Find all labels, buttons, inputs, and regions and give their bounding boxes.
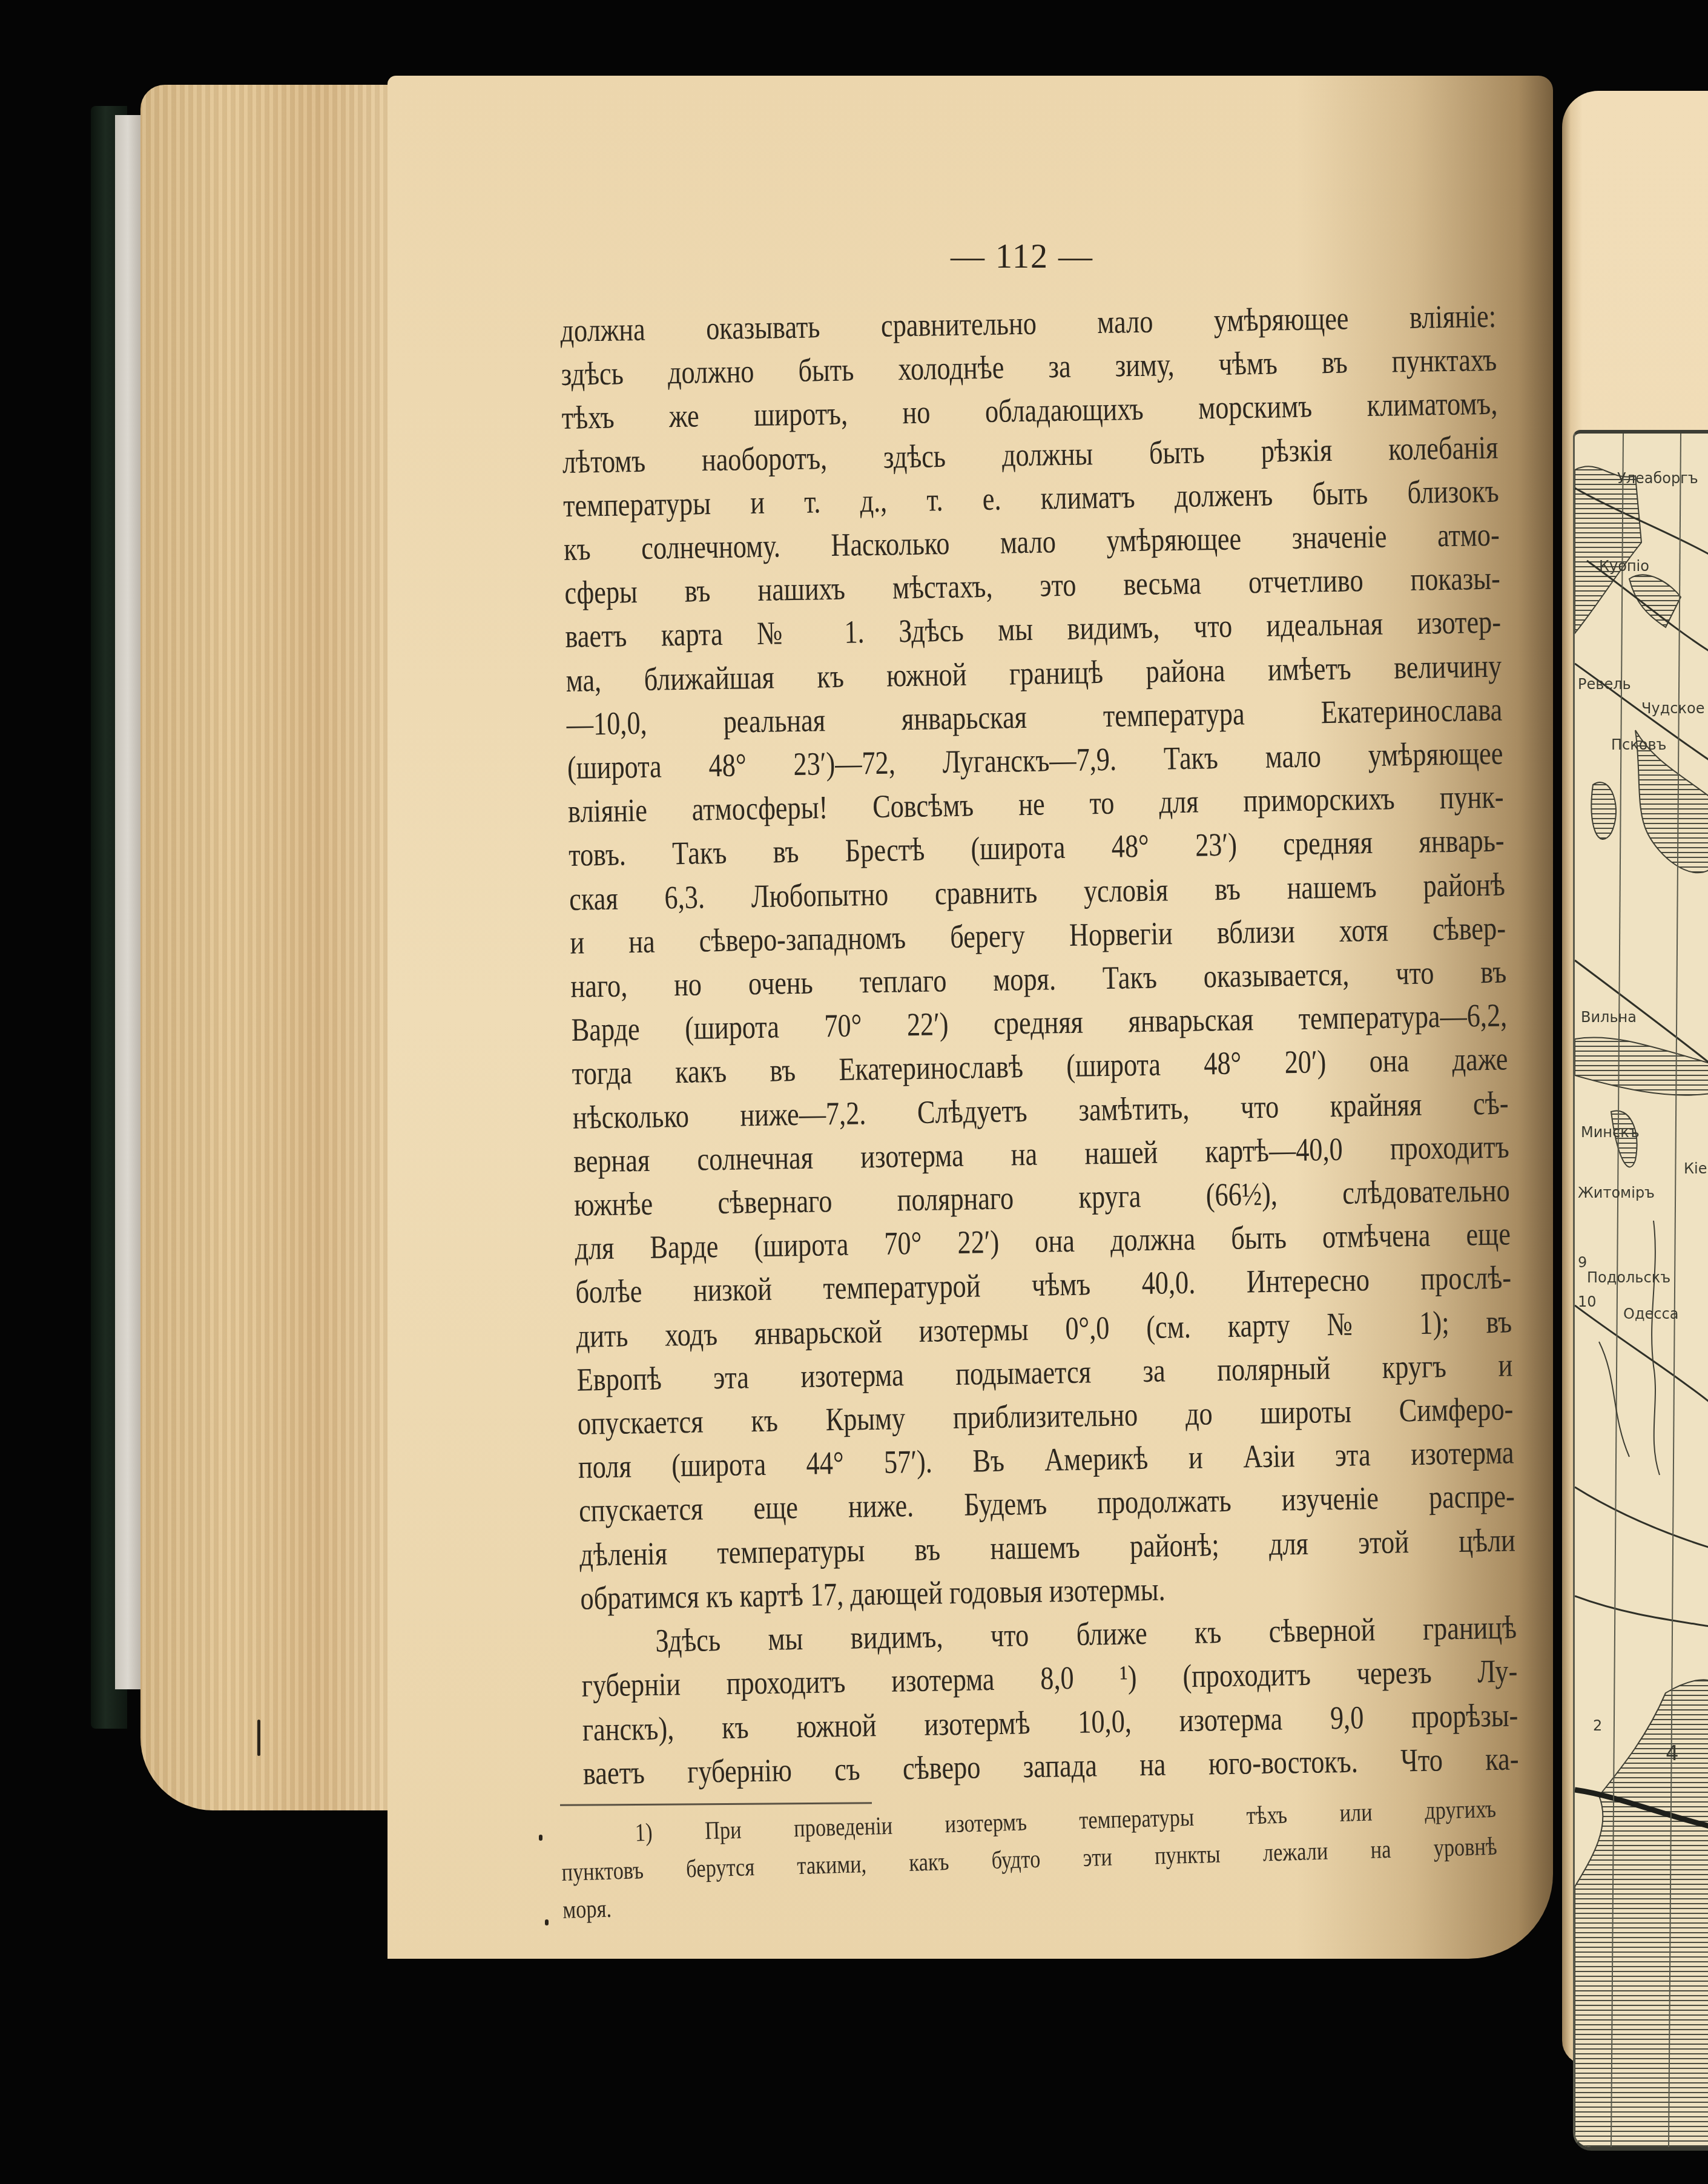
paper-speck (257, 1720, 260, 1756)
body-text: должна оказывать сравнительно мало умѣря… (560, 294, 1518, 1795)
map-label: Житоміръ (1578, 1184, 1655, 1201)
paper-speck (539, 1835, 542, 1841)
map-label: 2 (1593, 1717, 1602, 1734)
map-label: 4 (1666, 1741, 1679, 1766)
paper-speck (545, 1919, 549, 1925)
map-label: Куопіо (1599, 558, 1649, 575)
map-label: Кіевъ (1684, 1160, 1708, 1177)
map-label: Вильна (1581, 1009, 1637, 1026)
map-label: Одесса (1623, 1305, 1678, 1322)
page-stack-edges (140, 85, 395, 1810)
map-label: Улеаборгъ (1617, 470, 1698, 487)
map-label: Подольскъ (1587, 1269, 1670, 1286)
page-number: — 112 — (951, 237, 1093, 276)
map-label: 9 (1578, 1254, 1587, 1271)
map-label: Минскъ (1581, 1124, 1640, 1141)
facing-page-map: Улеаборгъ Куопіо Ревель Чудское Псковъ В… (1573, 430, 1708, 2151)
map-label: Ревель (1578, 676, 1631, 693)
map-label: Псковъ (1611, 736, 1667, 753)
map-label: Чудское (1641, 700, 1704, 717)
endpaper-edge (115, 115, 140, 1689)
map-label: 10 (1578, 1293, 1597, 1310)
